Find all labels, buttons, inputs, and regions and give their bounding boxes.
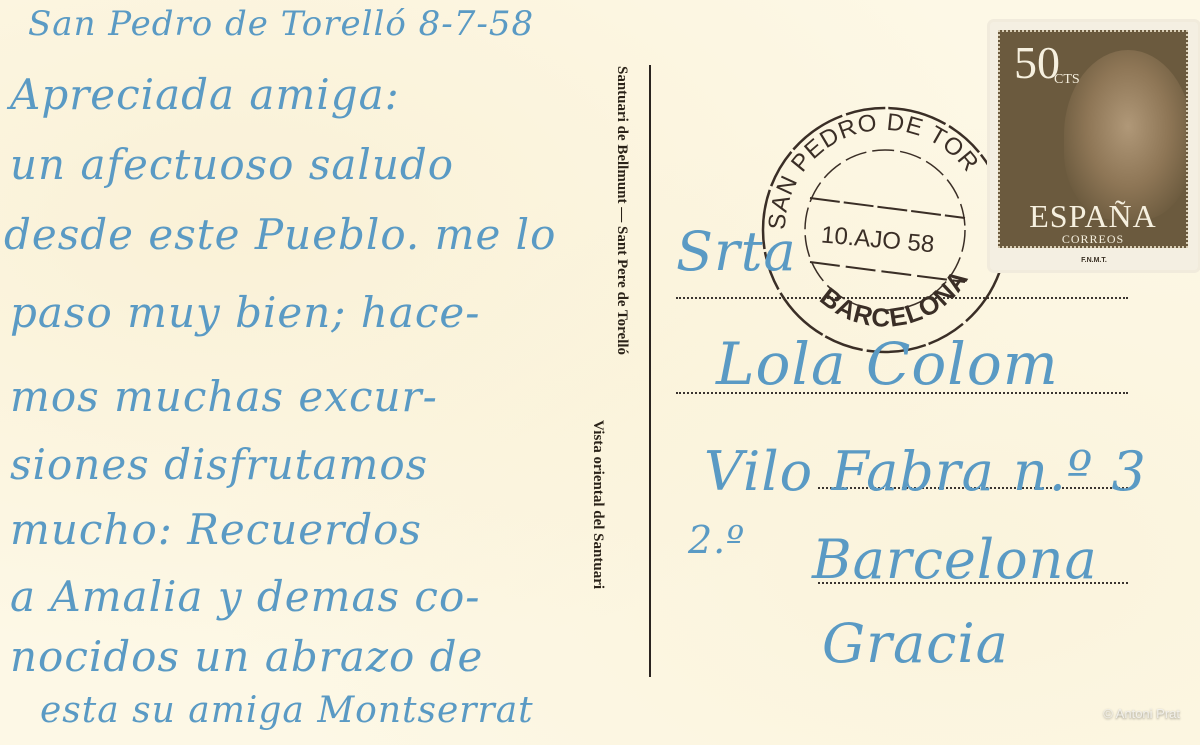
address-street: Vilo Fabra n.º 3 [704,440,1147,503]
address-recipient-name: Lola Colom [716,330,1059,398]
message-line: Apreciada amiga: [10,70,400,119]
stamp-service: CORREOS [1000,232,1186,247]
message-line: un afectuoso saludo [10,140,454,189]
message-heading: San Pedro de Torelló 8-7-58 [28,4,534,44]
stamp-unit: CTS [1054,72,1080,88]
message-line: mucho: Recuerdos [10,505,422,554]
address-city: Barcelona [812,528,1098,591]
center-divider [649,65,651,677]
stamp-portrait-image [1064,50,1188,220]
photo-caption-line1: Santuari de Bellmunt — Sant Pere de Tore… [613,66,630,355]
stamp-country: ESPAÑA [1000,198,1186,235]
message-line: paso muy bien; hace- [10,288,480,337]
postmark-bottom-text: BARCELONA [815,264,975,333]
address-district: Gracia [822,612,1009,675]
address-recipient-title: Srta [676,220,797,283]
message-line: mos muchas excur- [10,372,438,421]
postage-stamp: 50 CTS ESPAÑA CORREOS F.N.M.T. [990,22,1198,270]
copyright-watermark: © Antoni Prat [1103,706,1180,721]
message-line: siones disfrutamos [10,440,428,489]
message-signoff: esta su amiga Montserrat [40,690,534,731]
message-line: a Amalia y demas co- [10,572,480,621]
address-floor: 2.º [688,518,745,562]
svg-text:BARCELONA: BARCELONA [815,264,975,333]
stamp-printer: F.N.M.T. [990,257,1198,264]
message-line: nocidos un abrazo de [10,632,483,681]
postcard-back: San Pedro de Torelló 8-7-58 Apreciada am… [0,0,1200,745]
message-line: desde este Pueblo. me lo [4,210,556,259]
photo-caption-line2: Vista oriental del Santuari [589,420,606,589]
postmark-date: 10.AJO 58 [820,221,935,258]
